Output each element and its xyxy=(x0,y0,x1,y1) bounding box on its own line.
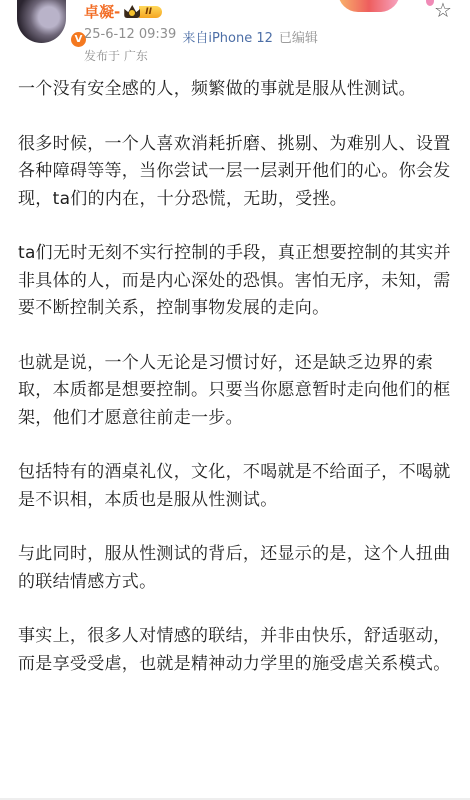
paragraph: 很多时候，一个人喜欢消耗折磨、挑剔、为难别人、设置各种障碍等等，当你尝试一层一层… xyxy=(18,131,458,214)
avatar[interactable]: V xyxy=(17,0,66,43)
vip-level: II xyxy=(139,6,162,18)
balloon-icon xyxy=(426,0,434,6)
post-body: 一个没有安全感的人，频繁做的事就是服从性测试。 很多时候，一个人喜欢消耗折磨、挑… xyxy=(18,76,458,705)
username[interactable]: 卓凝- xyxy=(84,1,120,22)
star-icon xyxy=(129,10,135,16)
paragraph: 包括特有的酒桌礼仪，文化，不喝就是不给面子，不喝就是不识相，本质也是服从性测试。 xyxy=(18,459,458,514)
paragraph: 与此同时，服从性测试的背后，还显示的是，这个人扭曲的联结情感方式。 xyxy=(18,541,458,596)
paragraph: 也就是说，一个人无论是习惯讨好，还是缺乏边界的索取，本质都是想要控制。只要当你愿… xyxy=(18,350,458,433)
paragraph: 一个没有安全感的人，频繁做的事就是服从性测试。 xyxy=(18,76,458,104)
favorite-star-icon[interactable]: ☆ xyxy=(434,0,452,20)
edited-label[interactable]: 已编辑 xyxy=(279,27,318,46)
post-source[interactable]: 来自iPhone 12 xyxy=(182,27,273,46)
avatar-image xyxy=(17,0,66,43)
paragraph: ta们无时无刻不实行控制的手段，真正想要控制的其实并非具体的人，而是内心深处的恐… xyxy=(18,240,458,323)
username-row: 卓凝- II xyxy=(84,1,162,22)
vip-badge[interactable]: II xyxy=(124,5,162,18)
post-location: 发布于 广东 xyxy=(84,47,148,64)
paragraph: 事实上，很多人对情感的联结，并非由快乐，舒适驱动，而是享受受虐，也就是精神动力学… xyxy=(18,623,458,678)
post-timestamp: 25-6-12 09:39 xyxy=(84,27,176,46)
post-meta: 25-6-12 09:39 来自iPhone 12 已编辑 xyxy=(84,27,318,46)
decoration-banner xyxy=(338,0,400,12)
post-header: V 卓凝- II 25-6-12 09:39 来自iPhone 12 已编辑 发… xyxy=(0,0,470,70)
crown-icon xyxy=(124,5,140,18)
